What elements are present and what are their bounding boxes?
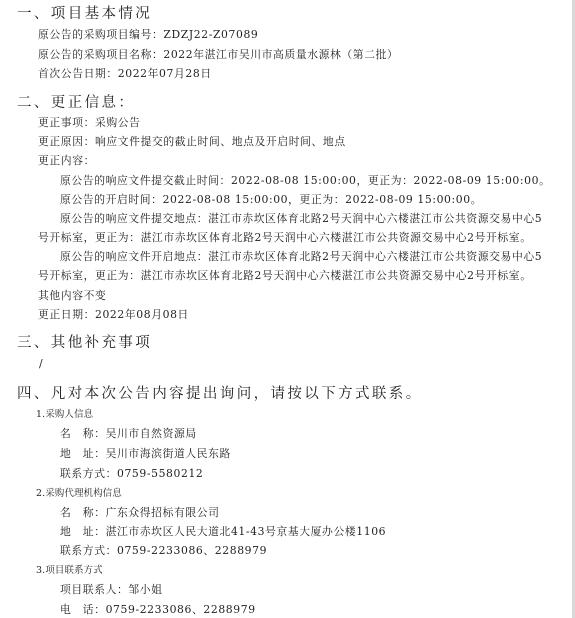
agency-phone: 联系方式：0759-2233086、2288979 [60, 546, 267, 557]
project-contact-title: 3.项目联系方式 [36, 566, 103, 575]
correction-date: 更正日期：2022年08月08日 [38, 310, 189, 321]
supplementary-content: / [39, 359, 43, 370]
correction-content-label: 更正内容： [38, 156, 95, 167]
change-submission-location-cont: 号开标室，更正为：湛江市赤坎区体育北路2号天润中心六楼湛江市公共资源交易中心2号… [38, 233, 532, 244]
section-heading-correction-info: 二、更正信息： [17, 96, 135, 111]
purchaser-address: 地 址：吴川市海滨街道人民东路 [60, 449, 231, 460]
purchaser-phone: 联系方式：0759-5580212 [60, 469, 203, 480]
project-contact-phone: 电 话：0759-2233086、2288979 [60, 605, 256, 616]
section-heading-basic-info: 一、项目基本情况 [17, 7, 152, 22]
change-submission-location: 原公告的响应文件提交地点：湛江市赤坎区体育北路2号天润中心六楼湛江市公共资源交易… [60, 214, 542, 225]
agency-info-title: 2.采购代理机构信息 [36, 489, 122, 498]
other-unchanged: 其他内容不变 [38, 291, 106, 302]
purchaser-name: 名 称：吴川市自然资源局 [60, 429, 197, 440]
change-opening-time: 原公告的开启时间：2022-08-08 15:00:00，更正为：2022-08… [60, 195, 482, 206]
change-opening-location: 原公告的响应文件开启地点：湛江市赤坎区体育北路2号天润中心六楼湛江市公共资源交易… [60, 252, 542, 263]
change-opening-location-cont: 号开标室，更正为：湛江市赤坎区体育北路2号天润中心六楼湛江市公共资源交易中心2号… [38, 271, 532, 282]
original-project-number: 原公告的采购项目编号：ZDZJ22-Z07089 [38, 30, 258, 41]
document-page: 一、项目基本情况 原公告的采购项目编号：ZDZJ22-Z07089 原公告的采购… [0, 0, 572, 618]
purchaser-info-title: 1.采购人信息 [36, 410, 93, 419]
section-heading-supplementary: 三、其他补充事项 [17, 336, 152, 351]
project-contact-person: 项目联系人：邹小姐 [60, 585, 163, 596]
change-submission-deadline: 原公告的响应文件提交截止时间：2022-08-08 15:00:00，更正为：2… [60, 176, 550, 187]
agency-name: 名 称：广东众得招标有限公司 [60, 508, 220, 519]
original-project-name: 原公告的采购项目名称：2022年湛江市吴川市高质量水源林（第二批） [38, 50, 398, 61]
first-announcement-date: 首次公告日期：2022年07月28日 [38, 69, 212, 80]
correction-item: 更正事项：采购公告 [38, 118, 141, 129]
correction-reason: 更正原因：响应文件提交的截止时间、地点及开启时间、地点 [38, 137, 346, 148]
agency-address: 地 址：湛江市赤坎区人民大道北41-43号京基大厦办公楼1106 [60, 527, 386, 538]
section-heading-contact: 四、凡对本次公告内容提出询问，请按以下方式联系。 [17, 387, 423, 402]
